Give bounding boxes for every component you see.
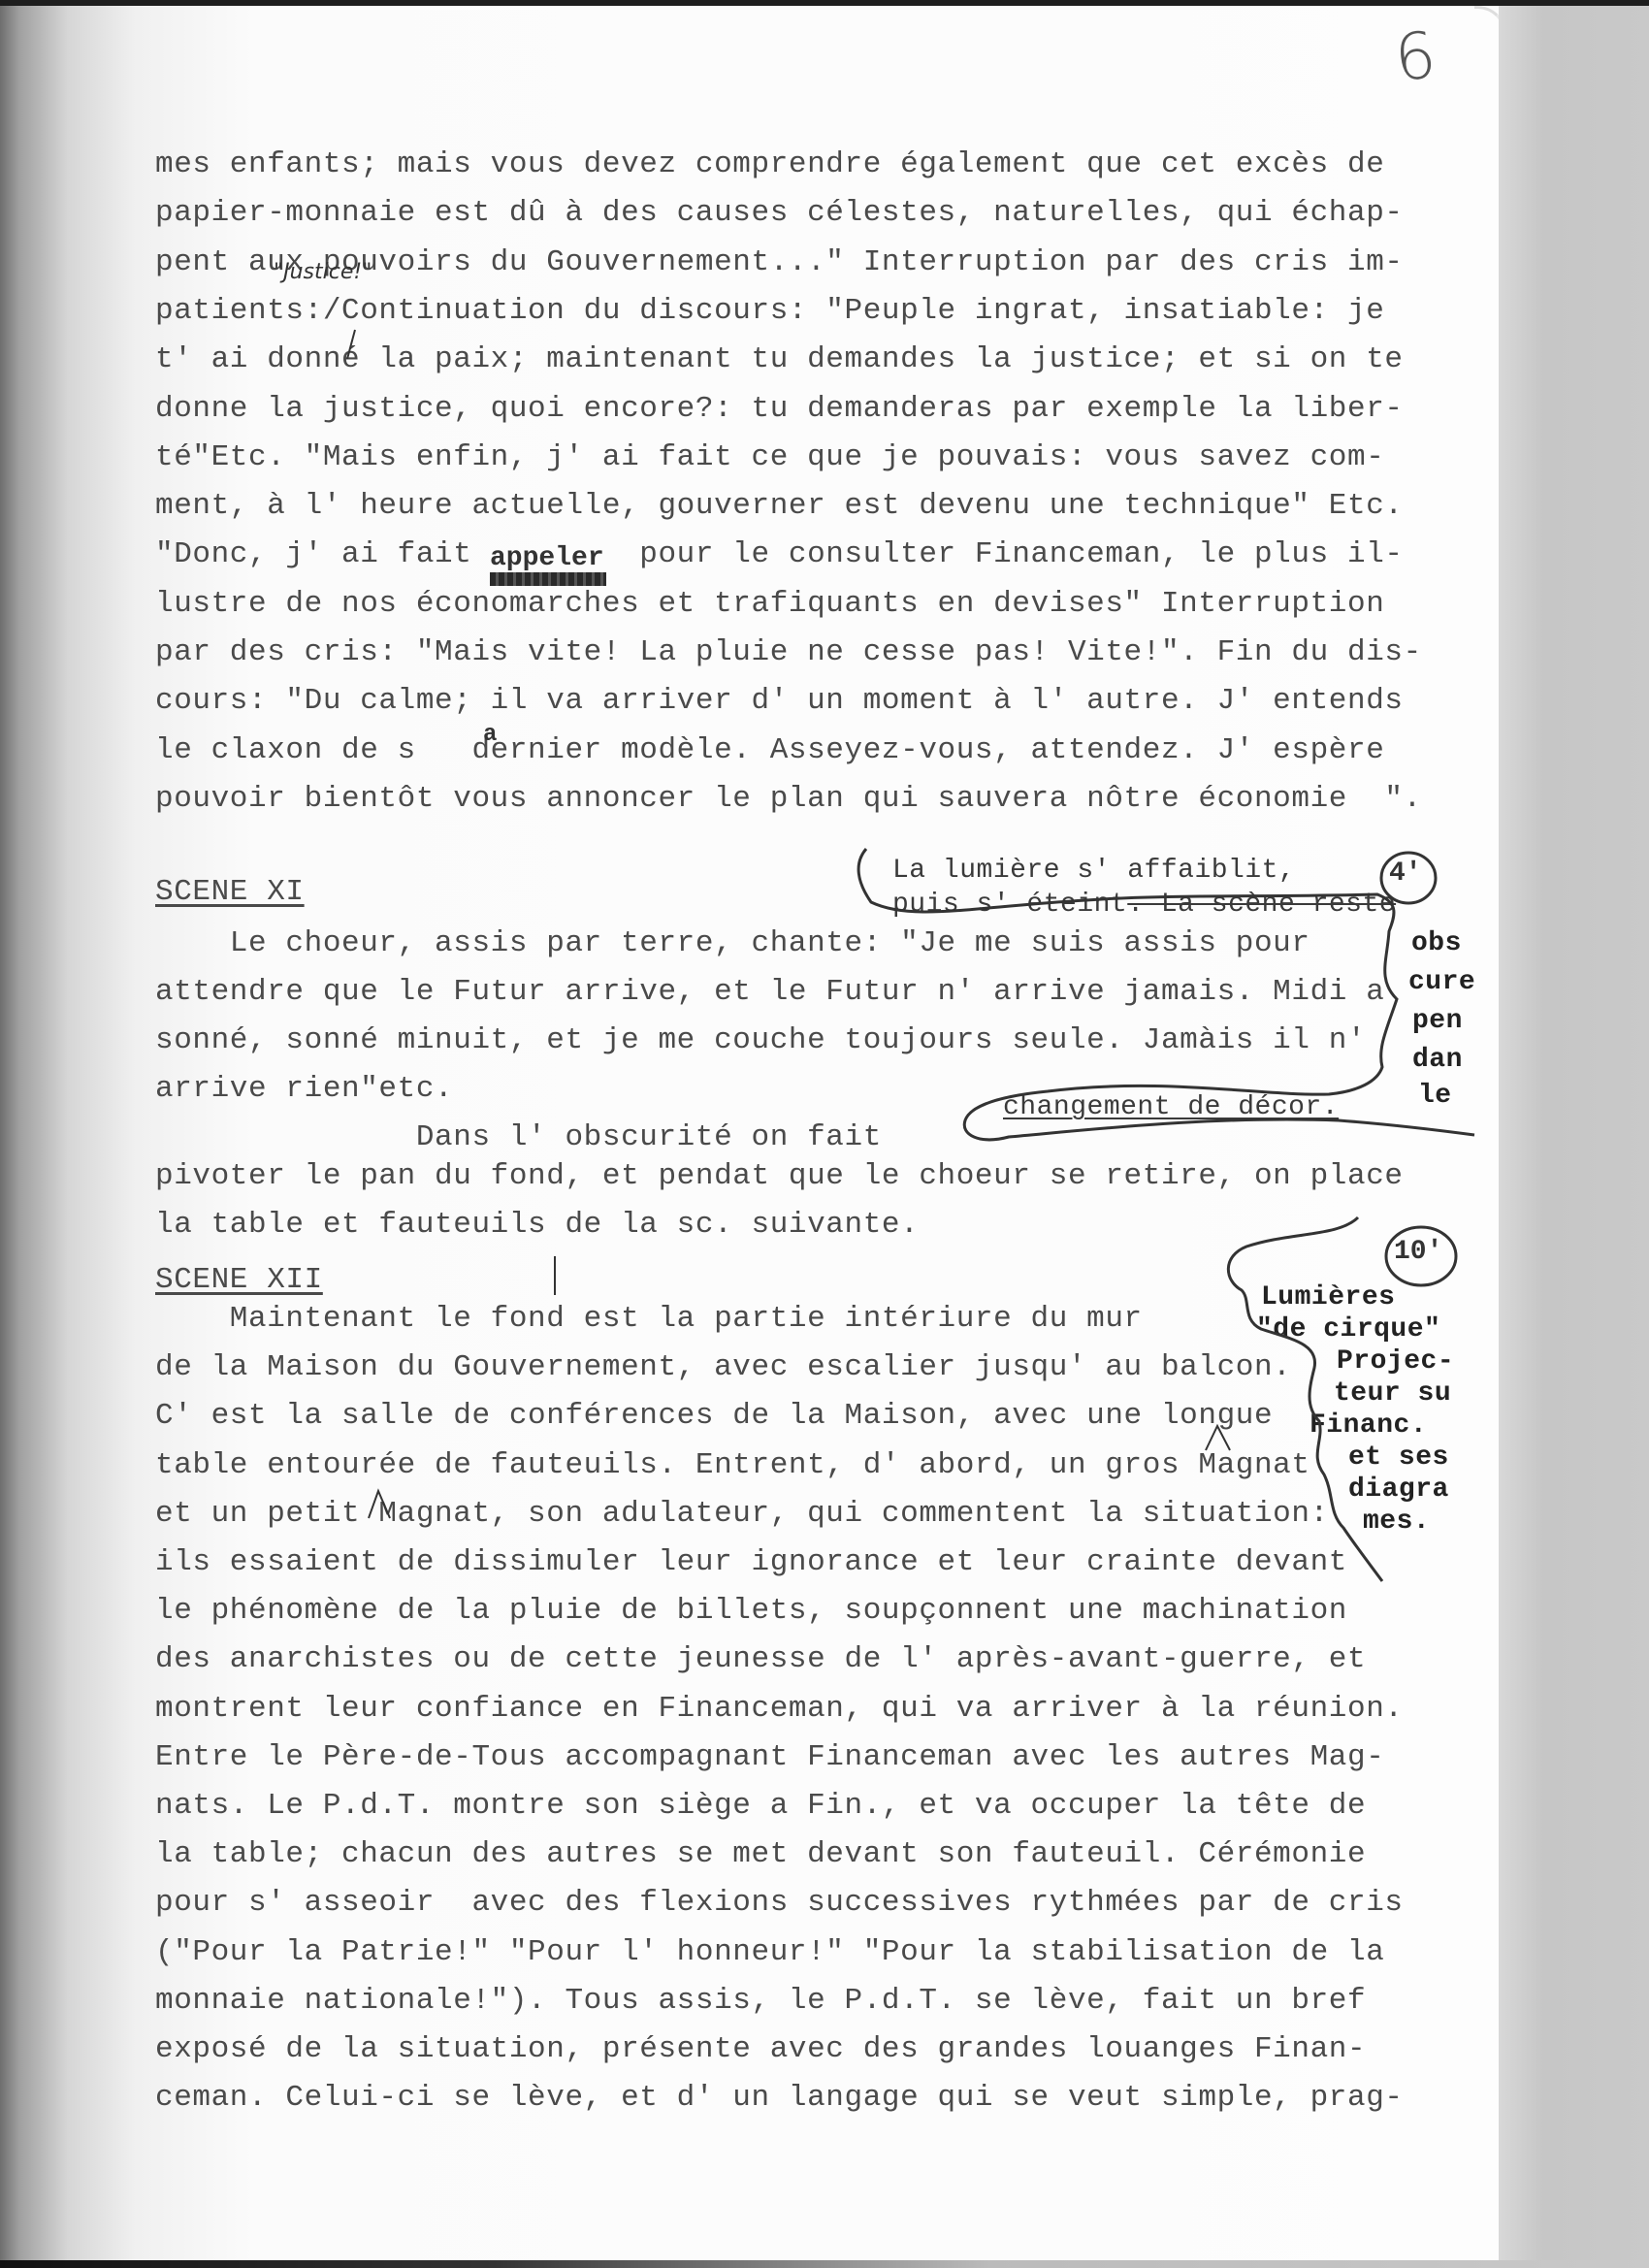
- scene-xi-note-line2: puis s' éteint. La scène reste: [892, 886, 1396, 924]
- scene-xi-line: sonné, sonné minuit, et je me couche tou…: [155, 1021, 1366, 1060]
- speech-line: "Donc, j' ai fait pour le consulter Fina…: [155, 535, 1404, 574]
- scene-xii-line: ils essaient de dissimuler leur ignoranc…: [155, 1543, 1347, 1582]
- scene-xi-duration: 4': [1389, 859, 1422, 889]
- scene-xi-line: la table et fauteuils de la sc. suivante…: [155, 1206, 919, 1245]
- speech-line: papier-monnaie est dû à des causes céles…: [155, 194, 1404, 233]
- scene-xii-line: et un petit Magnat, son adulateur, qui c…: [155, 1495, 1329, 1534]
- scene-xii-line: des anarchistes ou de cette jeunesse de …: [155, 1640, 1366, 1679]
- scanner-background-right: [1499, 0, 1649, 2268]
- scene-xii-line: de la Maison du Gouvernement, avec escal…: [155, 1348, 1291, 1387]
- scene-xii-heading: SCENE XII: [155, 1261, 323, 1300]
- scene-xi-note-line1: La lumière s' affaiblit,: [892, 852, 1295, 891]
- scene-xii-line: Maintenant le fond est la partie intériu…: [155, 1300, 1143, 1339]
- page-number: 6: [1391, 17, 1439, 96]
- scene-xii-line: nats. Le P.d.T. montre son siège a Fin.,…: [155, 1787, 1366, 1826]
- speech-line: patients:/Continuation du discours: "Peu…: [155, 292, 1384, 331]
- scene-xii-line: montrent leur confiance en Financeman, q…: [155, 1690, 1404, 1729]
- scanner-edge-top: [0, 0, 1649, 6]
- struck-out-word: [490, 572, 606, 586]
- speech-line: cours: "Du calme; il va arriver d' un mo…: [155, 682, 1404, 721]
- scene-xii-note-line: mes.: [1363, 1503, 1430, 1541]
- scene-xi-side-word: cure: [1408, 963, 1475, 1002]
- scene-xi-line: arrive rien"etc.: [155, 1070, 453, 1109]
- scanner-edge-bottom: [0, 2260, 1649, 2268]
- appeler-insert: appeler: [490, 543, 604, 573]
- speech-line: ment, à l' heure actuelle, gouverner est…: [155, 487, 1404, 526]
- scene-xii-line: ceman. Celui-ci se lève, et d' un langag…: [155, 2079, 1404, 2118]
- scene-xii-line: table entourée de fauteuils. Entrent, d'…: [155, 1446, 1310, 1485]
- speech-line: donne la justice, quoi encore?: tu deman…: [155, 390, 1404, 429]
- scene-xii-line: C' est la salle de conférences de la Mai…: [155, 1397, 1273, 1436]
- scene-xii-line: Entre le Père-de-Tous accompagnant Finan…: [155, 1738, 1384, 1777]
- scene-xi-side-word: le: [1418, 1077, 1452, 1116]
- scene-xii-line: pour s' asseoir avec des flexions succes…: [155, 1884, 1404, 1923]
- scene-xi-line: Le choeur, assis par terre, chante: "Je …: [155, 924, 1310, 963]
- scene-xi-line: pivoter le pan du fond, et pendat que le…: [155, 1157, 1404, 1196]
- scene-xi-line: Dans l' obscurité on fait: [155, 1118, 882, 1157]
- scene-xii-line: monnaie nationale!"). Tous assis, le P.d…: [155, 1982, 1366, 2021]
- scene-xii-line: exposé de la situation, présente avec de…: [155, 2030, 1366, 2069]
- speech-line: lustre de nos économarches et trafiquant…: [155, 585, 1384, 624]
- speech-line: pouvoir bientôt vous annoncer le plan qu…: [155, 780, 1422, 819]
- scene-xi-line: attendre que le Futur arrive, et le Futu…: [155, 973, 1384, 1012]
- scene-xi-heading: SCENE XI: [155, 873, 305, 912]
- speech-line: t' ai donné la paix; maintenant tu deman…: [155, 340, 1404, 379]
- speech-line: mes enfants; mais vous devez comprendre …: [155, 146, 1384, 184]
- scene-xi-note-bottom: changement de décor.: [1003, 1088, 1339, 1127]
- scene-xi-side-word: dan: [1412, 1041, 1463, 1080]
- speech-line: té"Etc. "Mais enfin, j' ai fait ce que j…: [155, 438, 1384, 477]
- son-correction: a: [483, 722, 497, 748]
- speech-line: par des cris: "Mais vite! La pluie ne ce…: [155, 633, 1422, 672]
- handwritten-justice-annotation: "Justice!": [274, 260, 372, 284]
- scene-xii-line: la table; chacun des autres se met devan…: [155, 1835, 1366, 1874]
- speech-line: le claxon de s dernier modèle. Asseyez-v…: [155, 731, 1384, 770]
- scene-xii-line: ("Pour la Patrie!" "Pour l' honneur!" "P…: [155, 1933, 1384, 1972]
- scene-xi-side-word: obs: [1411, 924, 1462, 963]
- scene-xi-side-word: pen: [1412, 1002, 1463, 1041]
- scene-xii-line: le phénomène de la pluie de billets, sou…: [155, 1592, 1347, 1631]
- scene-xii-duration: 10': [1394, 1237, 1442, 1267]
